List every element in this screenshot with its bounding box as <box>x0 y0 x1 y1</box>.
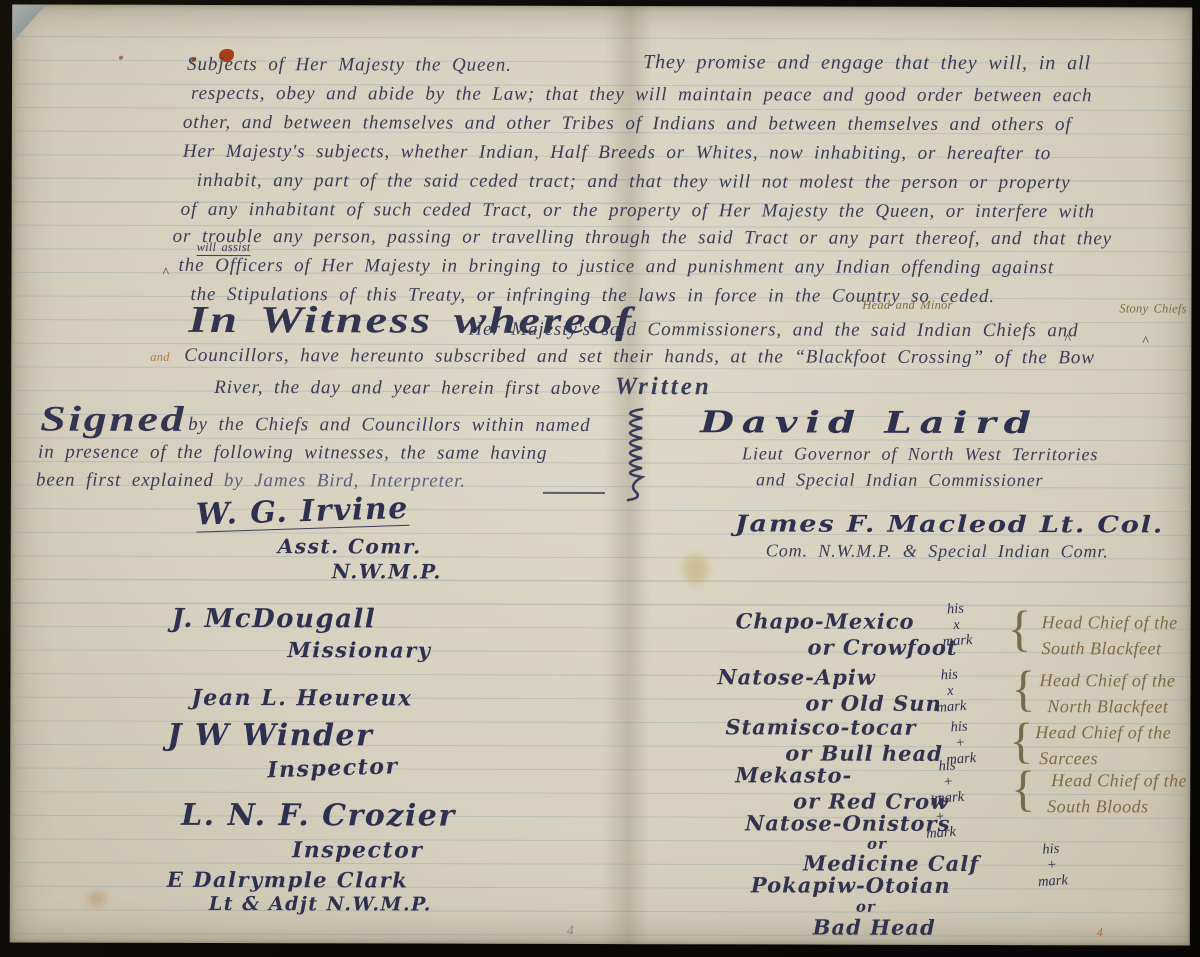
chief-alias-prefix: or <box>867 837 979 851</box>
chief-red-crow: Mekasto- or Red Crow <box>735 762 949 815</box>
chief-alias: Bad Head <box>813 915 951 941</box>
insert-and: and <box>150 351 169 364</box>
body-line-6: of any inhabitant of such ceded Tract, o… <box>181 200 1095 221</box>
signature-crozier: L. N. F. Crozier <box>181 801 456 832</box>
page-number-pencil: 4 <box>567 924 574 940</box>
yellow-stain <box>683 554 709 584</box>
dalrymple-clark-title: Lt & Adjt N.W.M.P. <box>209 895 432 915</box>
chief-native-name: Chapo-Mexico <box>736 608 958 635</box>
title-north-blackfeet-2: North Blackfeet <box>1047 697 1168 715</box>
signature-winder: J W Winder <box>167 721 373 752</box>
body-line-3: other, and between themselves and other … <box>183 113 1072 134</box>
chief-native-name: Natose-Apiw <box>717 664 941 691</box>
chief-native-name: Stamisco-tocar <box>725 714 943 741</box>
underline-flourish <box>543 492 605 494</box>
document-photo: Subjects of Her Majesty the Queen. They … <box>0 0 1200 957</box>
witness-line-3-text: River, the day and year herein first abo… <box>214 377 601 399</box>
witness-word-written: Written <box>615 373 712 400</box>
page-number-mark: 4 <box>1097 925 1103 940</box>
title-sarcees-2: Sarcees <box>1039 749 1098 767</box>
laird-title-2: and Special Indian Commissioner <box>756 470 1043 489</box>
laird-title-1: Lieut Governor of North West Territories <box>742 444 1098 463</box>
mark-bad-head: his + mark <box>1035 840 1068 891</box>
signature-david-laird: David Laird <box>700 408 1039 439</box>
mark-medicine-calf: his + mark <box>924 792 957 843</box>
signature-lheureux: Jean L. Heureux <box>191 687 412 710</box>
title-sarcees-1: Head Chief of the <box>1035 723 1171 741</box>
witness-line-2: Councillors, have hereunto subscribed an… <box>184 346 1095 367</box>
signature-james-macleod: James F. Macleod Lt. Col. <box>735 512 1164 536</box>
signature-dalrymple-clark: E Dalrymple Clark <box>167 869 408 891</box>
mcdougall-title: Missionary <box>288 639 432 660</box>
title-south-bloods-1: Head Chief of the <box>1051 771 1187 789</box>
body-line-8: the Officers of Her Majesty in bringing … <box>179 256 1055 277</box>
interpreter-credit: by James Bird, Interpreter. <box>224 470 466 492</box>
macleod-title-1: Com. N.W.M.P. & Special Indian Comr. <box>766 541 1109 560</box>
chief-alias: or Crowfoot <box>808 635 958 661</box>
insert-stony-chiefs: Stony Chiefs <box>1119 302 1186 315</box>
signed-line-1: by the Chiefs and Councillors within nam… <box>188 415 590 435</box>
insert-head-and-minor: Head and Minor <box>862 299 952 312</box>
title-south-blackfeet-1: Head Chief of the <box>1042 613 1178 631</box>
body-line-7: or trouble any person, passing or travel… <box>173 227 1112 248</box>
signature-mcdougall: J. McDougall <box>172 606 377 633</box>
insert-will-assist: will assist <box>197 241 251 256</box>
mark-old-sun: his x mark <box>934 666 967 717</box>
insertion-caret-icon: ^ <box>163 267 170 281</box>
chief-crowfoot: Chapo-Mexico or Crowfoot <box>736 608 958 661</box>
title-north-blackfeet-1: Head Chief of the <box>1039 671 1175 689</box>
chief-native-name: Mekasto- <box>735 762 949 789</box>
signed-line-2: in presence of the following witnesses, … <box>38 443 547 463</box>
chief-native-name: Pokapiw-Otoian <box>751 872 951 899</box>
ink-speck <box>119 56 123 60</box>
body-line-2: respects, obey and abide by the Law; tha… <box>191 84 1092 105</box>
brace-icon: { <box>1008 603 1032 653</box>
witness-line-1: Her Majesty's said Commissioners, and th… <box>468 320 1078 341</box>
chief-old-sun: Natose-Apiw or Old Sun <box>717 664 941 717</box>
brace-icon: { <box>1011 763 1035 813</box>
manuscript-page: Subjects of Her Majesty the Queen. They … <box>10 4 1192 945</box>
signed-line-3-text: been first explained <box>36 470 214 491</box>
irvine-title-2: N.W.M.P. <box>332 561 442 581</box>
mark-crowfoot: his x mark <box>940 600 973 651</box>
signature-irvine: W. G. Irvine <box>195 494 409 533</box>
crozier-title: Inspector <box>292 839 423 861</box>
signed-ornate-opening: Signed <box>40 401 186 437</box>
chief-bull-head: Stamisco-tocar or Bull head <box>725 714 943 767</box>
corner-fold <box>12 4 46 42</box>
winder-title: Inspector <box>267 755 399 781</box>
body-line-1-left: Subjects of Her Majesty the Queen. <box>187 55 512 75</box>
brace-icon: { <box>1009 715 1033 765</box>
witness-brace-squiggle-icon <box>612 405 648 505</box>
chief-alias: or Old Sun <box>805 691 941 717</box>
irvine-title-1: Asst. Comr. <box>278 536 422 556</box>
witness-line-3: River, the day and year herein first abo… <box>214 373 712 399</box>
chief-bad-head: Pokapiw-Otoian or Bad Head <box>751 872 951 941</box>
title-south-blackfeet-2: South Blackfeet <box>1042 639 1162 657</box>
insertion-caret-icon: ^ <box>1142 335 1149 349</box>
signed-line-3: been first explainedby James Bird, Inter… <box>36 471 466 491</box>
body-line-5: inhabit, any part of the said ceded trac… <box>197 171 1071 192</box>
title-south-bloods-2: South Bloods <box>1047 797 1149 815</box>
body-line-1-right: They promise and engage that they will, … <box>643 52 1091 73</box>
body-line-4: Her Majesty's subjects, whether Indian, … <box>183 142 1051 163</box>
chief-alias-prefix: or <box>856 899 951 915</box>
brace-icon: { <box>1011 663 1035 713</box>
yellow-stain <box>88 891 106 907</box>
insertion-caret-icon: ^ <box>1064 333 1071 347</box>
